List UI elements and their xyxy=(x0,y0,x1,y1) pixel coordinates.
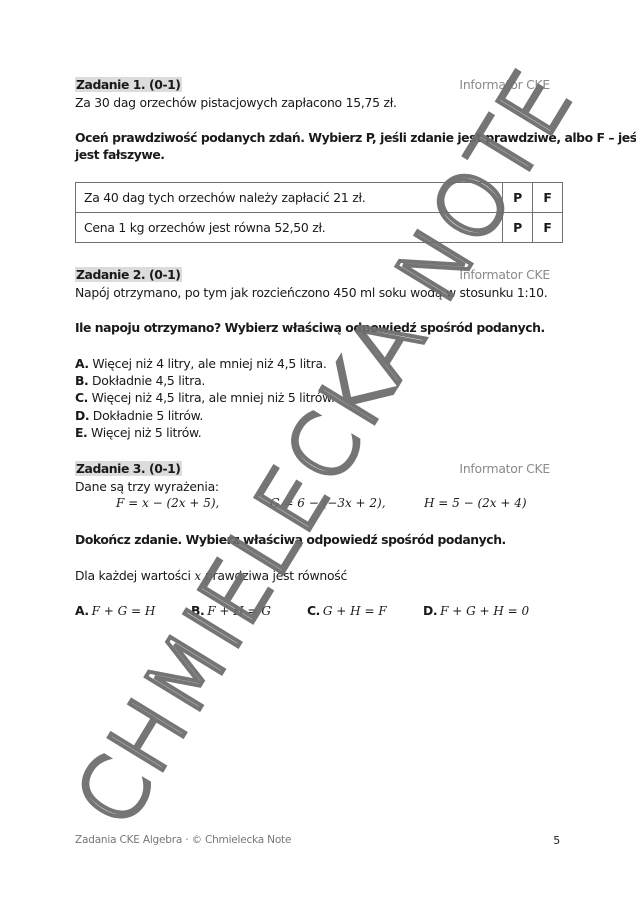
task-2-intro: Napój otrzymano, po tym jak rozcieńczono… xyxy=(75,284,547,301)
option-text: Więcej niż 4 litry, ale mniej niż 4,5 li… xyxy=(92,356,326,371)
option-letter: D. xyxy=(423,603,437,618)
option-letter: B. xyxy=(75,373,88,388)
answer-option-e[interactable]: E. Więcej niż 5 litrów. xyxy=(75,424,202,441)
task-2-source: Informator CKE xyxy=(459,266,550,283)
answer-option-c[interactable]: C. Więcej niż 4,5 litra, ale mniej niż 5… xyxy=(75,389,335,406)
answer-option-c[interactable]: C.G + H = F xyxy=(307,602,387,620)
option-letter: A. xyxy=(75,356,89,371)
option-false[interactable]: F xyxy=(533,183,563,213)
answer-option-d[interactable]: D.F + G + H = 0 xyxy=(423,602,529,620)
answer-option-b[interactable]: B.F + H = G xyxy=(191,602,271,620)
table-row: Za 40 dag tych orzechów należy zapłacić … xyxy=(76,183,563,213)
option-letter: E. xyxy=(75,425,87,440)
task-1-heading-text: Zadanie 1. (0-1) xyxy=(75,77,182,92)
option-letter: C. xyxy=(307,603,320,618)
task-3-stem: Dla każdej wartości x prawdziwa jest rów… xyxy=(75,567,347,585)
option-text: G + H = F xyxy=(323,604,387,618)
stem-text: Dla każdej wartości xyxy=(75,568,191,583)
answer-option-d[interactable]: D. Dokładnie 5 litrów. xyxy=(75,407,203,424)
option-text: Dokładnie 5 litrów. xyxy=(93,408,203,423)
expression-h: H = 5 − (2x + 4) xyxy=(424,495,527,512)
task-1-intro: Za 30 dag orzechów pistacjowych zapłacon… xyxy=(75,94,397,111)
answer-option-a[interactable]: A. Więcej niż 4 litry, ale mniej niż 4,5… xyxy=(75,355,327,372)
stem-variable: x xyxy=(194,569,201,583)
watermark: CHMIELECKA NOTE xyxy=(63,56,588,840)
answer-option-b[interactable]: B. Dokładnie 4,5 litra. xyxy=(75,372,205,389)
option-letter: D. xyxy=(75,408,89,423)
answer-option-a[interactable]: A.F + G = H xyxy=(75,602,155,620)
option-text: F + G = H xyxy=(92,604,156,618)
statement-text: Cena 1 kg orzechów jest równa 52,50 zł. xyxy=(76,213,503,243)
task-3-heading: Zadanie 3. (0-1) xyxy=(75,460,182,477)
task-2-heading: Zadanie 2. (0-1) xyxy=(75,266,182,283)
task-1-source: Informator CKE xyxy=(459,76,550,93)
table-row: Cena 1 kg orzechów jest równa 52,50 zł. … xyxy=(76,213,563,243)
option-letter: C. xyxy=(75,390,88,405)
option-letter: A. xyxy=(75,603,89,618)
task-3-instruction: Dokończ zdanie. Wybierz właściwą odpowie… xyxy=(75,531,506,548)
option-text: F + G + H = 0 xyxy=(440,604,529,618)
task-1-instruction-line-1: Oceń prawdziwość podanych zdań. Wybierz … xyxy=(75,129,636,146)
option-text: Więcej niż 5 litrów. xyxy=(91,425,202,440)
task-3-source: Informator CKE xyxy=(459,460,550,477)
option-false[interactable]: F xyxy=(533,213,563,243)
true-false-table: Za 40 dag tych orzechów należy zapłacić … xyxy=(75,182,563,243)
expression-g: G = 6 − (−3x + 2), xyxy=(270,495,386,512)
option-true[interactable]: P xyxy=(503,213,533,243)
footer-text: Zadania CKE Algebra · © Chmielecka Note xyxy=(75,832,291,849)
expression-f: F = x − (2x + 5), xyxy=(116,495,219,512)
option-letter: B. xyxy=(191,603,204,618)
statement-text: Za 40 dag tych orzechów należy zapłacić … xyxy=(76,183,503,213)
task-1-instruction-line-2: jest fałszywe. xyxy=(75,146,165,163)
option-text: Dokładnie 4,5 litra. xyxy=(92,373,205,388)
stem-text: prawdziwa jest równość xyxy=(205,568,347,583)
task-2-heading-text: Zadanie 2. (0-1) xyxy=(75,267,182,282)
page-number: 5 xyxy=(553,832,560,849)
task-3-heading-text: Zadanie 3. (0-1) xyxy=(75,461,182,476)
option-text: F + H = G xyxy=(207,604,271,618)
option-true[interactable]: P xyxy=(503,183,533,213)
option-text: Więcej niż 4,5 litra, ale mniej niż 5 li… xyxy=(92,390,335,405)
document-page: Zadanie 1. (0-1) Informator CKE Za 30 da… xyxy=(0,0,636,900)
task-2-instruction: Ile napoju otrzymano? Wybierz właściwą o… xyxy=(75,319,545,336)
task-3-intro: Dane są trzy wyrażenia: xyxy=(75,478,219,495)
task-1-heading: Zadanie 1. (0-1) xyxy=(75,76,182,93)
